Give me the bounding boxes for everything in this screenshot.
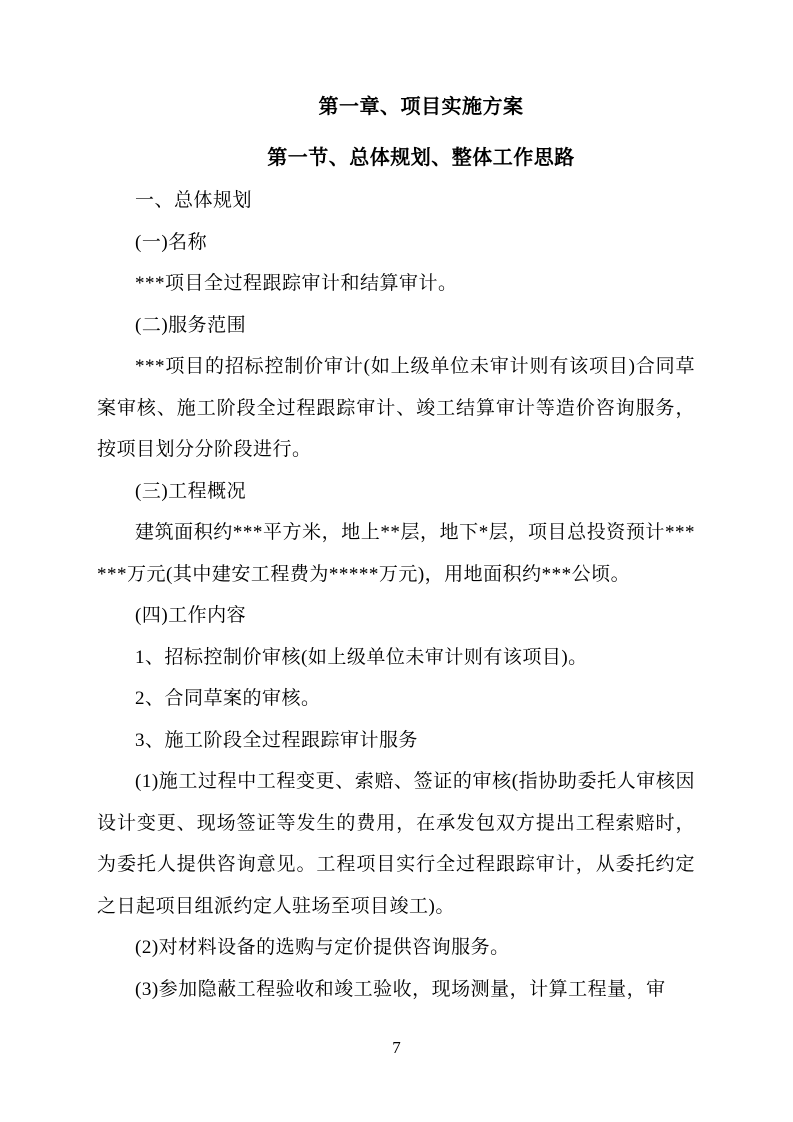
- chapter-title: 第一章、项目实施方案: [147, 92, 695, 122]
- paragraph: (一)名称: [97, 222, 695, 264]
- page-number: 7: [0, 1036, 793, 1060]
- document-page: 第一章、项目实施方案 第一节、总体规划、整体工作思路 一、总体规划 (一)名称 …: [0, 0, 793, 1122]
- paragraph: 3、施工阶段全过程跟踪审计服务: [97, 720, 695, 762]
- section-title: 第一节、总体规划、整体工作思路: [147, 143, 695, 173]
- paragraph: 一、总体规划: [97, 180, 695, 222]
- paragraph: (二)服务范围: [97, 305, 695, 347]
- paragraph: (四)工作内容: [97, 595, 695, 637]
- paragraph: (1)施工过程中工程变更、索赔、签证的审核(指协助委托人审核因设计变更、现场签证…: [97, 761, 695, 927]
- document-content: 第一章、项目实施方案 第一节、总体规划、整体工作思路 一、总体规划 (一)名称 …: [0, 92, 793, 1010]
- paragraph: ***项目全过程跟踪审计和结算审计。: [97, 263, 695, 305]
- paragraph: 2、合同草案的审核。: [97, 678, 695, 720]
- paragraph: (三)工程概况: [97, 471, 695, 513]
- paragraph: 建筑面积约***平方米，地上**层，地下*层，项目总投资预计******万元(其…: [97, 512, 695, 595]
- paragraph: (3)参加隐蔽工程验收和竣工验收，现场测量，计算工程量，审: [97, 969, 695, 1011]
- paragraph: ***项目的招标控制价审计(如上级单位未审计则有该项目)合同草案审核、施工阶段全…: [97, 346, 695, 471]
- paragraph: (2)对材料设备的选购与定价提供咨询服务。: [97, 927, 695, 969]
- paragraph: 1、招标控制价审核(如上级单位未审计则有该项目)。: [97, 637, 695, 679]
